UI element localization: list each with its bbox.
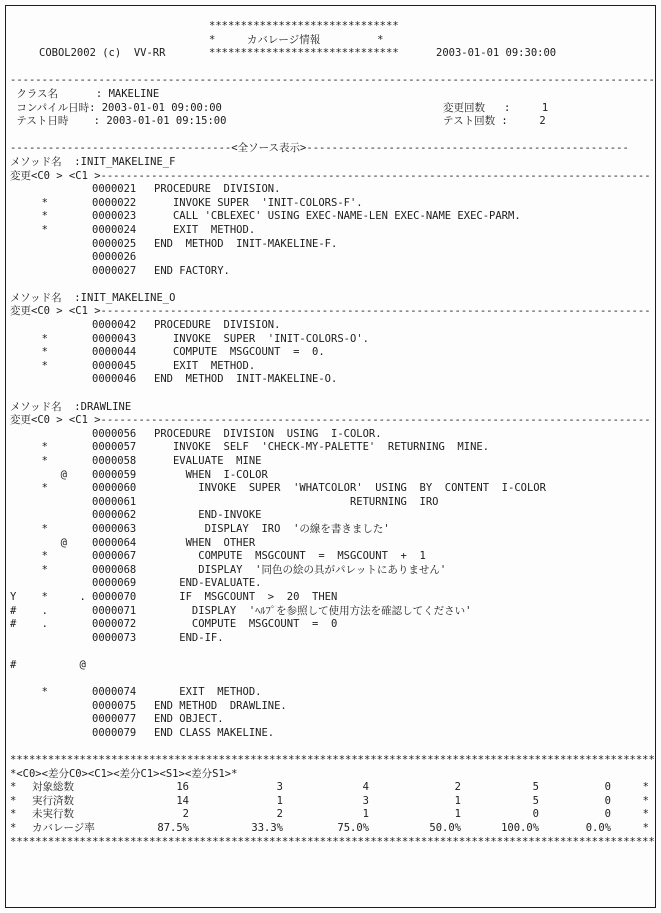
report-line: ****************************************… (10, 836, 655, 850)
coverage-markers: * (10, 333, 92, 347)
title-box-text: ****************************** (209, 20, 399, 34)
blank-line (10, 278, 655, 292)
source-code-line: *0000044 COMPUTE MSGCOUNT = 0. (10, 346, 655, 360)
source-code-line: 0000026 (10, 251, 655, 265)
line-text: 変更<C0 > <C1 >---------------------------… (10, 414, 651, 426)
table-border-right: * (643, 808, 655, 822)
report-datetime: 2003-01-01 09:30:00 (436, 47, 556, 61)
summary-row: *未実行数221100* (10, 808, 655, 822)
code-text: COMPUTE MSGCOUNT = 0 (154, 618, 337, 630)
line-number: 0000060 (92, 482, 154, 496)
source-code-line: *0000024 EXIT METHOD. (10, 224, 655, 238)
line-number: 0000075 (92, 700, 154, 714)
source-code-line: 0000073 END-IF. (10, 632, 655, 646)
source-code-line: *0000074 EXIT METHOD. (10, 686, 655, 700)
source-code-line: *0000067 COMPUTE MSGCOUNT = MSGCOUNT + 1 (10, 550, 655, 564)
class-info-line: コンパイル日時: 2003-01-01 09:00:00変更回数 : 1 (10, 102, 655, 116)
line-number: 0000061 (92, 496, 154, 510)
summary-value: 1 (369, 808, 461, 822)
code-text: END METHOD INIT-MAKELINE-F. (154, 238, 337, 250)
summary-row: *実行済数1413150* (10, 795, 655, 809)
line-number: 0000058 (92, 455, 154, 469)
summary-value: 0 (461, 808, 539, 822)
table-border-right: * (643, 795, 655, 809)
title-box-bottom: ****************************** (209, 47, 399, 61)
info-left: クラス名 : MAKELINE (10, 88, 159, 100)
coverage-markers: @ (10, 537, 92, 551)
summary-value: 1 (283, 808, 369, 822)
blank-line (10, 740, 655, 754)
line-number: 0000023 (92, 210, 154, 224)
report-line: 変更<C0 > <C1 >---------------------------… (10, 414, 655, 428)
source-code-line: 0000079END CLASS MAKELINE. (10, 727, 655, 741)
line-text: メソッド名 :INIT_MAKELINE_O (10, 292, 175, 304)
source-code-line: 0000025END METHOD INIT-MAKELINE-F. (10, 238, 655, 252)
code-text: PROCEDURE DIVISION. (154, 183, 280, 195)
code-text: END OBJECT. (154, 713, 224, 725)
summary-value: 2 (369, 781, 461, 795)
summary-row-label: 未実行数 (32, 808, 105, 822)
source-code-line: 0000021PROCEDURE DIVISION. (10, 183, 655, 197)
line-number: 0000042 (92, 319, 154, 333)
coverage-markers: * (10, 550, 92, 564)
source-code-line: *0000045 EXIT METHOD. (10, 360, 655, 374)
code-text: PROCEDURE DIVISION USING I-COLOR. (154, 428, 382, 440)
code-text: INVOKE SUPER 'INIT-COLORS-F'. (154, 197, 363, 209)
code-text: END-INVOKE (154, 509, 261, 521)
line-number: 0000071 (92, 605, 154, 619)
summary-column-header: <差分S1> (185, 768, 231, 780)
line-number: 0000024 (92, 224, 154, 238)
line-number: 0000072 (92, 618, 154, 632)
blank-line (10, 387, 655, 401)
summary-value: 100.0% (461, 822, 539, 836)
source-code-line: 0000075END METHOD DRAWLINE. (10, 700, 655, 714)
code-text: INVOKE SUPER 'INIT-COLORS-O'. (154, 333, 369, 345)
summary-value: 50.0% (369, 822, 461, 836)
summary-value: 0.0% (539, 822, 611, 836)
summary-value: 3 (283, 795, 369, 809)
coverage-markers: * (10, 210, 92, 224)
class-info-line: クラス名 : MAKELINE (10, 88, 655, 102)
code-text: WHEN I-COLOR (154, 469, 268, 481)
source-code-line: 0000027END FACTORY. (10, 265, 655, 279)
report-line: ----------------------------------------… (10, 74, 655, 88)
summary-row-label: 対象総数 (32, 781, 105, 795)
report-line: -----------------------------------<全ソース… (10, 142, 655, 156)
code-text: DISPLAY IRO 'の線を書きました' (154, 523, 390, 535)
line-number: 0000077 (92, 713, 154, 727)
source-code-line: 0000061 RETURNING IRO (10, 496, 655, 510)
code-text: WHEN OTHER (154, 537, 255, 549)
source-code-line: Y * .0000070 IF MSGCOUNT > 20 THEN (10, 591, 655, 605)
summary-column-header: <C1> (88, 768, 113, 780)
line-number: 0000059 (92, 469, 154, 483)
line-text: 変更<C0 > <C1 >---------------------------… (10, 170, 651, 182)
line-number: 0000062 (92, 509, 154, 523)
code-text: EVALUATE MINE (154, 455, 261, 467)
line-text: メソッド名 :INIT_MAKELINE_F (10, 156, 175, 168)
summary-value: 2 (189, 808, 283, 822)
source-code-line: @0000064 WHEN OTHER (10, 537, 655, 551)
table-border-right: * (643, 822, 655, 836)
source-code-line: *0000023 CALL 'CBLEXEC' USING EXEC-NAME-… (10, 210, 655, 224)
code-text: IF MSGCOUNT > 20 THEN (154, 591, 337, 603)
code-text: CALL 'CBLEXEC' USING EXEC-NAME-LEN EXEC-… (154, 210, 521, 222)
code-text: INVOKE SELF 'CHECK-MY-PALETTE' RETURNING… (154, 441, 489, 453)
coverage-markers: * (10, 564, 92, 578)
source-code-line: 0000042PROCEDURE DIVISION. (10, 319, 655, 333)
line-text: メソッド名 :DRAWLINE (10, 401, 131, 413)
info-right: テスト回数 : 2 (443, 115, 546, 129)
class-info-line: テスト日時 : 2003-01-01 09:15:00テスト回数 : 2 (10, 115, 655, 129)
code-text: COMPUTE MSGCOUNT = MSGCOUNT + 1 (154, 550, 426, 562)
info-right: 変更回数 : 1 (443, 102, 548, 116)
summary-column-header: <差分C1> (113, 768, 159, 780)
table-border-left: * (10, 808, 32, 822)
coverage-markers: @ (10, 469, 92, 483)
summary-column-header: <C0> (16, 768, 41, 780)
coverage-markers: * (10, 523, 92, 537)
code-text: END METHOD INIT-MAKELINE-O. (154, 373, 337, 385)
table-border-left: * (10, 822, 32, 836)
coverage-markers: * (10, 224, 92, 238)
table-border-right: * (643, 781, 655, 795)
coverage-markers: Y * . (10, 591, 92, 605)
summary-value: 33.3% (189, 822, 283, 836)
table-border-left: * (10, 795, 32, 809)
blank-line (10, 673, 655, 687)
summary-value: 14 (105, 795, 189, 809)
line-number: 0000079 (92, 727, 154, 741)
source-code-line: *0000043 INVOKE SUPER 'INIT-COLORS-O'. (10, 333, 655, 347)
code-text: EXIT METHOD. (154, 224, 255, 236)
line-number: 0000043 (92, 333, 154, 347)
line-number: 0000074 (92, 686, 154, 700)
code-text: RETURNING IRO (154, 496, 438, 508)
title-box-text: * カバレージ情報 * (209, 34, 383, 48)
line-number: 0000025 (92, 238, 154, 252)
line-number: 0000064 (92, 537, 154, 551)
title-box-line: * カバレージ情報 * (10, 34, 655, 48)
blank-line (10, 61, 655, 75)
source-code-line: *0000060 INVOKE SUPER 'WHATCOLOR' USING … (10, 482, 655, 496)
summary-value: 0 (539, 781, 611, 795)
coverage-markers: * (10, 482, 92, 496)
code-text: PROCEDURE DIVISION. (154, 319, 280, 331)
table-border-right: * (231, 768, 237, 780)
line-number: 0000021 (92, 183, 154, 197)
line-number: 0000022 (92, 197, 154, 211)
report-line: 変更<C0 > <C1 >---------------------------… (10, 305, 655, 319)
line-number: 0000045 (92, 360, 154, 374)
table-border-left: * (10, 781, 32, 795)
line-number: 0000044 (92, 346, 154, 360)
coverage-markers: # @ (10, 659, 92, 673)
coverage-markers: * (10, 346, 92, 360)
coverage-markers: * (10, 197, 92, 211)
report-line: メソッド名 :DRAWLINE (10, 401, 655, 415)
summary-column-header: <差分C0> (42, 768, 88, 780)
summary-row: *対象総数1634250* (10, 781, 655, 795)
report-line: メソッド名 :INIT_MAKELINE_F (10, 156, 655, 170)
coverage-markers: * (10, 455, 92, 469)
summary-row-label: カバレージ率 (32, 822, 105, 836)
line-text: ****************************************… (10, 754, 655, 766)
summary-value: 87.5% (105, 822, 189, 836)
summary-value: 1 (369, 795, 461, 809)
source-code-line: *0000022 INVOKE SUPER 'INIT-COLORS-F'. (10, 197, 655, 211)
code-text: END METHOD DRAWLINE. (154, 700, 287, 712)
report-line: ****************************************… (10, 754, 655, 768)
source-code-line: *0000057 INVOKE SELF 'CHECK-MY-PALETTE' … (10, 441, 655, 455)
code-text: END FACTORY. (154, 265, 230, 277)
summary-value: 16 (105, 781, 189, 795)
source-code-line: 0000077END OBJECT. (10, 713, 655, 727)
line-text: ****************************************… (10, 836, 655, 848)
source-code-line: 0000069 END-EVALUATE. (10, 577, 655, 591)
line-number: 0000057 (92, 441, 154, 455)
summary-value: 75.0% (283, 822, 369, 836)
coverage-markers: # . (10, 618, 92, 632)
line-number: 0000069 (92, 577, 154, 591)
source-code-line: # @ (10, 659, 655, 673)
code-text: END-EVALUATE. (154, 577, 261, 589)
code-text: DISPLAY '同色の絵の具がパレットにありません' (154, 564, 446, 576)
line-number: 0000068 (92, 564, 154, 578)
line-text: ----------------------------------------… (10, 74, 655, 86)
code-text: END CLASS MAKELINE. (154, 727, 274, 739)
source-code-line: # .0000072 COMPUTE MSGCOUNT = 0 (10, 618, 655, 632)
line-number: 0000067 (92, 550, 154, 564)
line-number: 0000063 (92, 523, 154, 537)
line-number: 0000046 (92, 373, 154, 387)
summary-column-header: <S1> (160, 768, 185, 780)
code-text: EXIT METHOD. (154, 360, 255, 372)
source-code-line: 0000056PROCEDURE DIVISION USING I-COLOR. (10, 428, 655, 442)
summary-value: 4 (283, 781, 369, 795)
line-text: -----------------------------------<全ソース… (10, 142, 629, 154)
summary-value: 0 (539, 808, 611, 822)
source-code-line: # .0000071 DISPLAY 'ﾍﾙﾌﾟを参照して使用方法を確認してくだ… (10, 605, 655, 619)
coverage-markers: * (10, 686, 92, 700)
line-number: 0000026 (92, 251, 154, 265)
title-box-line: ****************************** (10, 20, 655, 34)
summary-value: 3 (189, 781, 283, 795)
source-code-line: *0000068 DISPLAY '同色の絵の具がパレットにありません' (10, 564, 655, 578)
blank-line (10, 129, 655, 143)
source-code-line: 0000046END METHOD INIT-MAKELINE-O. (10, 373, 655, 387)
source-code-line: *0000063 DISPLAY IRO 'の線を書きました' (10, 523, 655, 537)
coverage-report-page: ******************************* カバレージ情報 … (0, 0, 661, 913)
summary-value: 5 (461, 795, 539, 809)
coverage-markers: * (10, 441, 92, 455)
coverage-markers: * (10, 360, 92, 374)
line-number: 0000073 (92, 632, 154, 646)
line-number: 0000056 (92, 428, 154, 442)
blank-line (10, 645, 655, 659)
product-name: COBOL2002 (c) VV-RR (39, 47, 165, 61)
source-code-line: *0000058 EVALUATE MINE (10, 455, 655, 469)
summary-header-row: *<C0><差分C0><C1><差分C1><S1><差分S1>* (10, 768, 655, 782)
info-left: テスト日時 : 2003-01-01 09:15:00 (10, 115, 226, 127)
code-text: END-IF. (154, 632, 224, 644)
summary-value: 5 (461, 781, 539, 795)
report-sheet: ******************************* カバレージ情報 … (5, 5, 656, 908)
report-line: 変更<C0 > <C1 >---------------------------… (10, 170, 655, 184)
source-code-line: 0000062 END-INVOKE (10, 509, 655, 523)
source-code-line: @0000059 WHEN I-COLOR (10, 469, 655, 483)
code-text: DISPLAY 'ﾍﾙﾌﾟを参照して使用方法を確認してください' (154, 605, 471, 617)
summary-value: 2 (105, 808, 189, 822)
code-text: INVOKE SUPER 'WHATCOLOR' USING BY CONTEN… (154, 482, 546, 494)
summary-row-label: 実行済数 (32, 795, 105, 809)
info-left: コンパイル日時: 2003-01-01 09:00:00 (10, 102, 222, 114)
summary-value: 1 (189, 795, 283, 809)
line-text: 変更<C0 > <C1 >---------------------------… (10, 305, 651, 317)
code-text: COMPUTE MSGCOUNT = 0. (154, 346, 325, 358)
coverage-markers: # . (10, 605, 92, 619)
report-header-line: COBOL2002 (c) VV-RR*********************… (10, 47, 655, 61)
line-number: 0000027 (92, 265, 154, 279)
summary-value: 0 (539, 795, 611, 809)
code-text: EXIT METHOD. (154, 686, 261, 698)
summary-row: *カバレージ率87.5%33.3%75.0%50.0%100.0%0.0%* (10, 822, 655, 836)
report-line: メソッド名 :INIT_MAKELINE_O (10, 292, 655, 306)
line-number: 0000070 (92, 591, 154, 605)
